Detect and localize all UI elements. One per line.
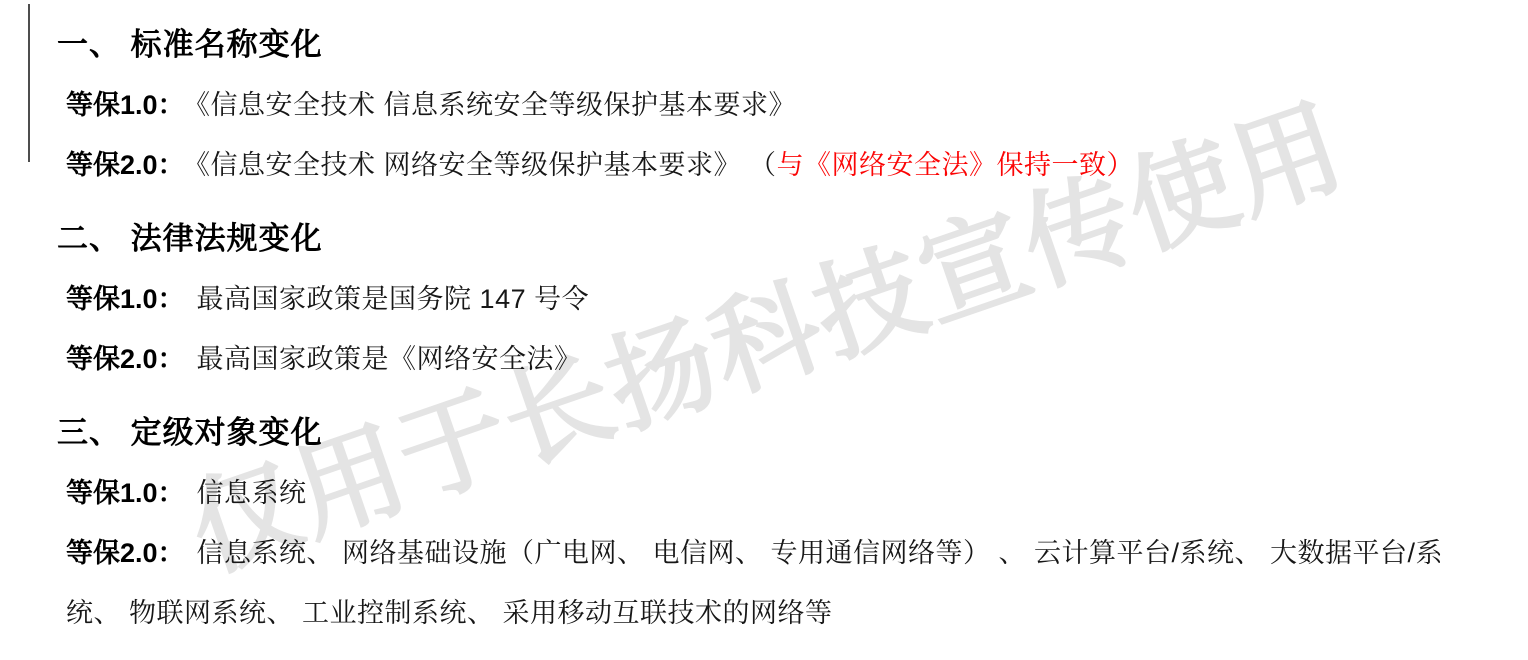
section-heading-1: 一、 标准名称变化 xyxy=(57,25,1490,65)
comparison-row: 等保1.0：《信息安全技术 信息系统安全等级保护基本要求》 xyxy=(66,75,1490,135)
row-label: 等保2.0： xyxy=(66,344,185,374)
row-text: 信息系统、 网络基础设施（广电网、 电信网、 专用通信网络等） 、 云计算平台/… xyxy=(66,538,1443,628)
highlight-red-text: 与《网络安全法》保持一致） xyxy=(777,150,1135,180)
comparison-row: 等保2.0：信息系统、 网络基础设施（广电网、 电信网、 专用通信网络等） 、 … xyxy=(66,523,1490,643)
row-label: 等保1.0： xyxy=(66,284,185,314)
comparison-row: 等保1.0：信息系统 xyxy=(66,463,1490,523)
comparison-row: 等保1.0：最高国家政策是国务院 147 号令 xyxy=(66,269,1490,329)
row-text: 信息系统 xyxy=(197,478,307,508)
row-label: 等保2.0： xyxy=(66,538,185,568)
row-text: 最高国家政策是国务院 147 号令 xyxy=(197,284,590,314)
comparison-row: 等保2.0：《信息安全技术 网络安全等级保护基本要求》 （与《网络安全法》保持一… xyxy=(66,135,1490,195)
document-content: 一、 标准名称变化等保1.0：《信息安全技术 信息系统安全等级保护基本要求》等保… xyxy=(66,0,1490,643)
row-text: 最高国家政策是《网络安全法》 xyxy=(197,344,582,374)
section-heading-3: 三、 定级对象变化 xyxy=(57,413,1490,453)
row-label: 等保2.0： xyxy=(66,150,185,180)
left-edge-line xyxy=(28,4,30,162)
row-label: 等保1.0： xyxy=(66,478,185,508)
comparison-row: 等保2.0：最高国家政策是《网络安全法》 xyxy=(66,329,1490,389)
document-page: 仅用于长扬科技宣传使用 一、 标准名称变化等保1.0：《信息安全技术 信息系统安… xyxy=(0,0,1528,660)
section-heading-2: 二、 法律法规变化 xyxy=(57,219,1490,259)
row-text: 《信息安全技术 网络安全等级保护基本要求》 （ xyxy=(197,150,777,180)
row-label: 等保1.0： xyxy=(66,90,185,120)
row-text: 《信息安全技术 信息系统安全等级保护基本要求》 xyxy=(197,90,797,120)
